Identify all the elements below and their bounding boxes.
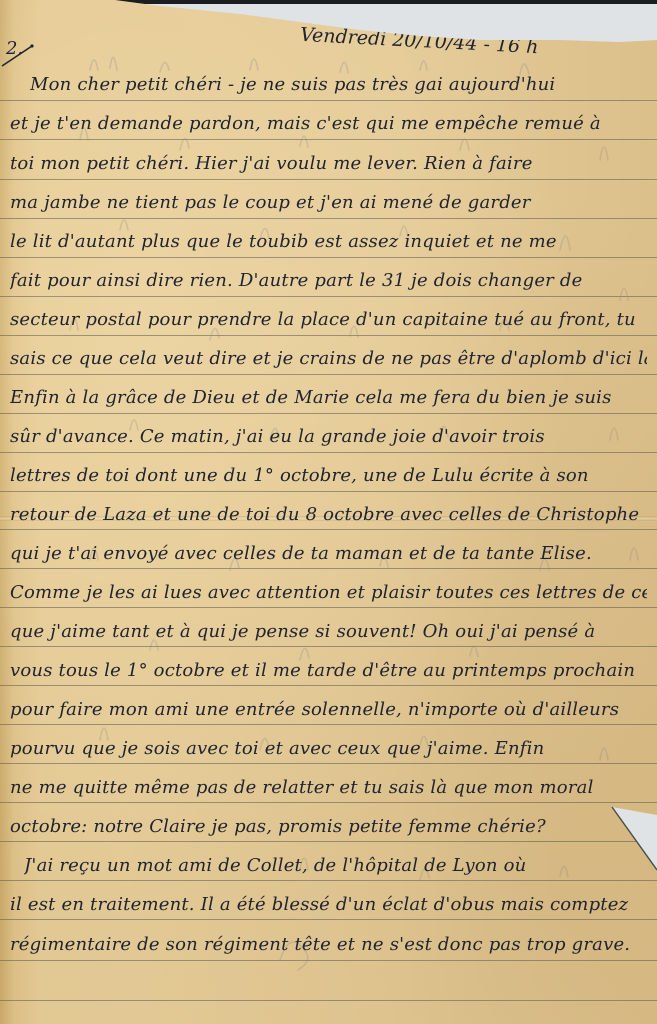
letter-line: Mon cher petit chéri - je ne suis pas tr… <box>30 74 647 95</box>
ruled-line <box>0 296 657 297</box>
ruled-line <box>0 413 657 414</box>
torn-corner-edge <box>610 806 657 872</box>
letter-page: 2. Vendredi 20/10/44 - 16 h Mon cher pet… <box>0 0 657 1024</box>
letter-line: que j'aime tant et à qui je pense si sou… <box>10 621 647 642</box>
ruled-line <box>0 452 657 453</box>
letter-line: sais ce que cela veut dire et je crains … <box>10 348 647 369</box>
letter-line: secteur postal pour prendre la place d'u… <box>10 309 647 330</box>
letter-line: toi mon petit chéri. Hier j'ai voulu me … <box>10 153 647 174</box>
letter-line: pour faire mon ami une entrée solennelle… <box>10 699 647 720</box>
letter-line: pourvu que je sois avec toi et avec ceux… <box>10 738 647 759</box>
ruled-line <box>0 139 657 140</box>
ruled-line <box>0 685 657 686</box>
letter-line: vous tous le 1° octobre et il me tarde d… <box>10 660 647 681</box>
ruled-line <box>0 257 657 258</box>
letter-line: il est en traitement. Il a été blessé d'… <box>10 894 647 915</box>
ruled-line <box>0 919 657 920</box>
ruled-line <box>0 529 657 530</box>
letter-line: sûr d'avance. Ce matin, j'ai eu la grand… <box>10 426 647 447</box>
ruled-line <box>0 100 657 101</box>
letter-line: qui je t'ai envoyé avec celles de ta mam… <box>10 543 647 564</box>
letter-line: lettres de toi dont une du 1° octobre, u… <box>10 465 647 486</box>
ruled-line <box>0 880 657 881</box>
ruled-line <box>0 335 657 336</box>
letter-line: retour de Laza et une de toi du 8 octobr… <box>10 504 647 525</box>
ruled-line <box>0 960 657 961</box>
letter-line: Comme je les ai lues avec attention et p… <box>10 582 647 603</box>
letter-line: octobre: notre Claire je pas, promis pet… <box>10 816 597 837</box>
letter-line: Enfin à la grâce de Dieu et de Marie cel… <box>10 387 647 408</box>
ruled-line <box>0 179 657 180</box>
ruled-line <box>0 724 657 725</box>
letter-line: ma jambe ne tient pas le coup et j'en ai… <box>10 192 647 213</box>
ruled-line <box>0 607 657 608</box>
letter-line: régimentaire de son régiment tête et ne … <box>10 934 647 955</box>
ruled-line <box>0 1000 657 1001</box>
letter-line: fait pour ainsi dire rien. D'autre part … <box>10 270 647 291</box>
ruled-line <box>0 218 657 219</box>
ruled-line <box>0 763 657 764</box>
ruled-line <box>0 374 657 375</box>
ruled-line <box>0 802 657 803</box>
letter-line: ne me quitte même pas de relatter et tu … <box>10 777 647 798</box>
margin-arrow-icon <box>0 44 34 68</box>
ruled-line <box>0 646 657 647</box>
ruled-line <box>0 491 657 492</box>
letter-line: le lit d'autant plus que le toubib est a… <box>10 231 647 252</box>
ruled-line <box>0 841 657 842</box>
letter-line: J'ai reçu un mot ami de Collet, de l'hôp… <box>24 855 647 876</box>
letter-line: et je t'en demande pardon, mais c'est qu… <box>10 113 647 134</box>
ruled-line <box>0 568 657 569</box>
letter-date: Vendredi 20/10/44 - 16 h <box>300 24 539 58</box>
